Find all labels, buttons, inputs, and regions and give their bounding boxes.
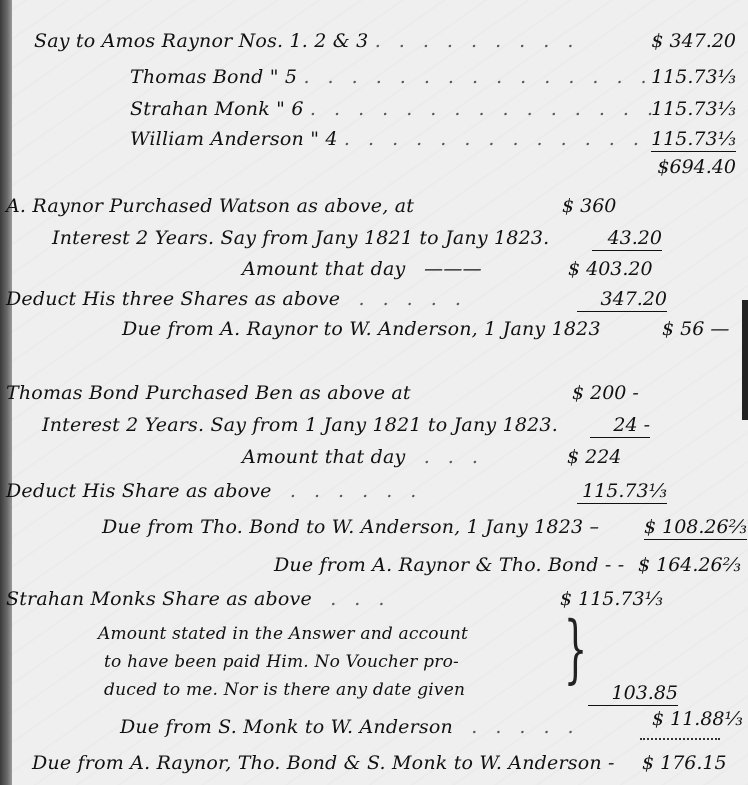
bond-purchase-amount: $ 200 - — [572, 382, 639, 404]
wavy-rule — [640, 732, 720, 740]
share-label: Thomas Bond " 5 — [130, 66, 297, 88]
raynor-due-amount: $ 56 — — [662, 318, 729, 340]
monk-share-label: Strahan Monks Share as above . . . — [6, 588, 390, 610]
share-label: Say to Amos Raynor Nos. 1. 2 & 3 — [34, 30, 368, 52]
leader-dots: . . . . . . . . . . . . . . . — [303, 66, 652, 88]
page-edge-right — [742, 300, 748, 420]
label-text: Due from A. Raynor, Tho. Bond & S. Monk … — [32, 752, 602, 774]
label-text: Deduct His Share as above — [6, 480, 272, 502]
share-row-raynor: Say to Amos Raynor Nos. 1. 2 & 3 . . . .… — [34, 30, 579, 52]
label-text: Due from S. Monk to W. Anderson — [120, 716, 453, 738]
leader-dots: . . . — [318, 588, 390, 610]
leader-dots: . . . . . . . . . . . . . . . — [310, 98, 659, 120]
raynor-deduct-label: Deduct His three Shares as above . . . .… — [6, 288, 467, 310]
share-label: William Anderson " 4 — [130, 128, 338, 150]
bond-due-label: Due from Tho. Bond to W. Anderson, 1 Jan… — [102, 516, 599, 538]
bond-amount-that-day: $ 224 — [567, 446, 621, 468]
bond-deduct-label: Deduct His Share as above . . . . . . — [6, 480, 422, 502]
dash-leader: - - — [605, 554, 624, 576]
bond-interest-label: Interest 2 Years. Say from 1 Jany 1821 t… — [42, 414, 558, 436]
raynor-interest-label: Interest 2 Years. Say from Jany 1821 to … — [52, 227, 549, 249]
leader-dots: . . . . . . . . . — [375, 30, 580, 52]
ledger-page: Say to Amos Raynor Nos. 1. 2 & 3 . . . .… — [12, 0, 748, 785]
bond-amount-that-day-label: Amount that day . . . — [242, 446, 484, 468]
monk-note-amount: 103.85 — [588, 682, 678, 706]
monk-due-amount: $ 11.88⅓ — [652, 708, 743, 730]
label-text: Deduct His three Shares as above — [6, 288, 340, 310]
monk-note-line-1: Amount stated in the Answer and account — [98, 624, 468, 644]
leader-dots: . . . . . . . . . . . . . — [344, 128, 645, 150]
label-text: Amount that day — [242, 446, 405, 468]
combined-due-amount: $ 164.26⅔ — [638, 554, 741, 576]
raynor-interest-amount: 43.20 — [592, 227, 662, 251]
bond-purchase-label: Thomas Bond Purchased Ben as above at — [6, 382, 411, 404]
monk-note-line-3: duced to me. Nor is there any date given — [104, 680, 465, 700]
bond-interest-amount: 24 - — [590, 414, 650, 438]
share-label: Strahan Monk " 6 — [130, 98, 304, 120]
monk-due-label: Due from S. Monk to W. Anderson . . . . … — [120, 716, 580, 738]
dash-leader: - — [608, 752, 615, 774]
combined-due-label: Due from A. Raynor & Tho. Bond - - — [274, 554, 624, 576]
monk-note-line-2: to have been paid Him. No Voucher pro- — [104, 652, 459, 672]
label-text: Due from Tho. Bond to W. Anderson, 1 Jan… — [102, 516, 583, 538]
raynor-deduct-amount: 347.20 — [577, 288, 667, 312]
dash-leader: ——— — [412, 258, 482, 280]
leader-dots: . . . . . — [346, 288, 466, 310]
share-amount: 115.73⅓ — [651, 98, 736, 120]
label-text: Amount that day — [242, 258, 405, 280]
bond-due-amount: $ 108.26⅔ — [644, 516, 747, 540]
raynor-amount-that-day: $ 403.20 — [568, 258, 653, 280]
raynor-purchase-label: A. Raynor Purchased Watson as above, at — [6, 195, 414, 217]
leader-dots: . . . . . . — [278, 480, 422, 502]
raynor-amount-that-day-label: Amount that day ——— — [242, 258, 482, 280]
dash-leader: – — [590, 516, 600, 538]
share-amount: 115.73⅓ — [651, 66, 736, 88]
label-text: Strahan Monks Share as above — [6, 588, 312, 610]
leader-dots: . . . — [412, 446, 484, 468]
share-amount: 115.73⅓ — [651, 128, 736, 152]
share-amount: $ 347.20 — [651, 30, 736, 52]
label-text: Due from A. Raynor & Tho. Bond — [274, 554, 599, 576]
raynor-purchase-amount: $ 360 — [562, 195, 616, 217]
shares-total: $694.40 — [657, 156, 736, 178]
grand-total-label: Due from A. Raynor, Tho. Bond & S. Monk … — [32, 752, 615, 774]
share-row-bond: Thomas Bond " 5 . . . . . . . . . . . . … — [130, 66, 653, 88]
leader-dots: . . . . . — [459, 716, 579, 738]
grand-total-amount: $ 176.15 — [642, 752, 727, 774]
curly-brace-icon: } — [564, 612, 588, 686]
bond-deduct-amount: 115.73⅓ — [577, 480, 667, 504]
share-row-anderson: William Anderson " 4 . . . . . . . . . .… — [130, 128, 645, 150]
raynor-due-label: Due from A. Raynor to W. Anderson, 1 Jan… — [122, 318, 601, 340]
share-row-monk: Strahan Monk " 6 . . . . . . . . . . . .… — [130, 98, 659, 120]
